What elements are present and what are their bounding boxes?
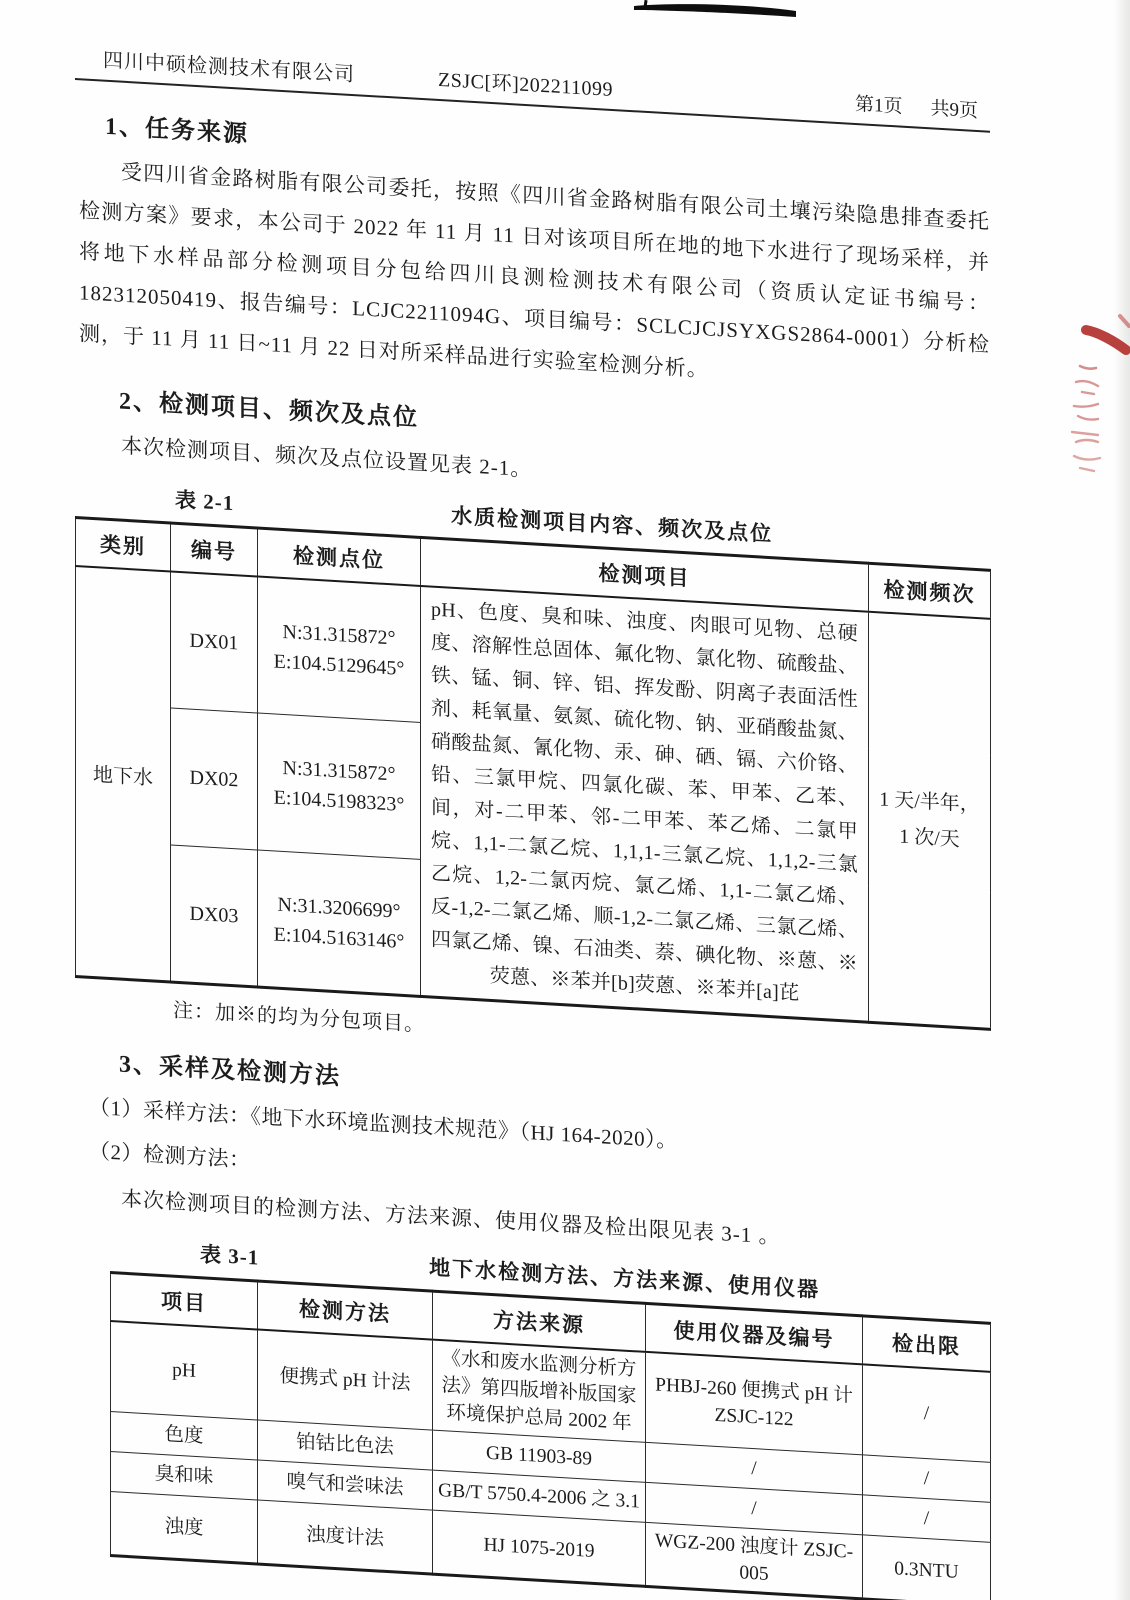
col-header-item: 项目: [111, 1273, 258, 1330]
table-3-1: 项目 检测方法 方法来源 使用仪器及编号 检出限 pH 便携式 pH 计法 《水…: [110, 1271, 991, 1600]
page-number: 第1页 共9页: [855, 89, 986, 124]
instrument-cell: WGZ-200 浊度计 ZSJC-005: [646, 1522, 863, 1599]
col-header-detection-limit: 检出限: [863, 1316, 991, 1372]
current-page: 第1页: [855, 89, 903, 119]
method-cell: 浊度计法: [258, 1500, 433, 1574]
source-cell: 《水和废水监测分析方法》第四版增补版国家环境保护总局 2002 年: [433, 1340, 646, 1443]
code-cell: DX01: [171, 572, 258, 714]
frequency-cell: 1 天/半年， 1 次/天: [869, 612, 991, 1030]
col-header-frequency: 检测频次: [869, 563, 991, 619]
frequency-line1: 1 天/半年，: [870, 781, 989, 824]
limit-cell: 0.3NTU: [863, 1535, 991, 1600]
location-cell: N:31.3206699° E:104.5163146°: [258, 850, 421, 996]
item-cell: pH: [111, 1321, 258, 1420]
method-cell: 便携式 pH 计法: [258, 1330, 433, 1431]
instrument-cell: PHBJ-260 便携式 pH 计 ZSJC-122: [646, 1352, 863, 1455]
report-number: ZSJC[环]202211099: [438, 63, 738, 109]
code-cell: DX02: [171, 708, 258, 850]
source-cell: HJ 1075-2019: [433, 1510, 646, 1586]
ink-smudge: [628, 0, 803, 24]
item-cell: 浊度: [111, 1492, 258, 1564]
scan-edge-shadow: [1114, 0, 1130, 1600]
section1-paragraph: 受四川省金路树脂有限公司委托，按照《四川省金路树脂有限公司土壤污染隐患排查委托检…: [79, 149, 990, 407]
limit-cell: /: [863, 1364, 991, 1462]
location-cell: N:31.315872° E:104.5198323°: [258, 713, 421, 859]
frequency-line2: 1 次/天: [870, 817, 989, 860]
total-pages: 共9页: [930, 93, 978, 123]
code-cell: DX03: [171, 845, 258, 987]
table2-1-caption-number: 表 2-1: [175, 484, 234, 517]
document-sheet: 四川中硕检测技术有限公司 ZSJC[环]202211099 第1页 共9页 1、…: [75, 42, 990, 1600]
col-header-category: 类别: [76, 518, 171, 572]
table-2-1: 类别 编号 检测点位 检测项目 检测频次 地下水 DX01 N:31.31587…: [75, 516, 991, 1031]
col-header-code: 编号: [171, 523, 258, 577]
red-stamp-fragment: [1056, 296, 1130, 481]
detection-items-cell: pH、色度、臭和味、浊度、肉眼可见物、总硬度、溶解性总固体、氟化物、氯化物、硫酸…: [421, 586, 869, 1022]
company-name: 四川中硕检测技术有限公司: [103, 44, 438, 92]
category-cell: 地下水: [76, 566, 171, 982]
scanned-report-page: { "colors": {"ink": "#1c1c1c", "stamp_re…: [0, 0, 1130, 1600]
location-cell: N:31.315872° E:104.5129645°: [258, 577, 421, 723]
table3-1-caption-number: 表 3-1: [200, 1238, 259, 1271]
